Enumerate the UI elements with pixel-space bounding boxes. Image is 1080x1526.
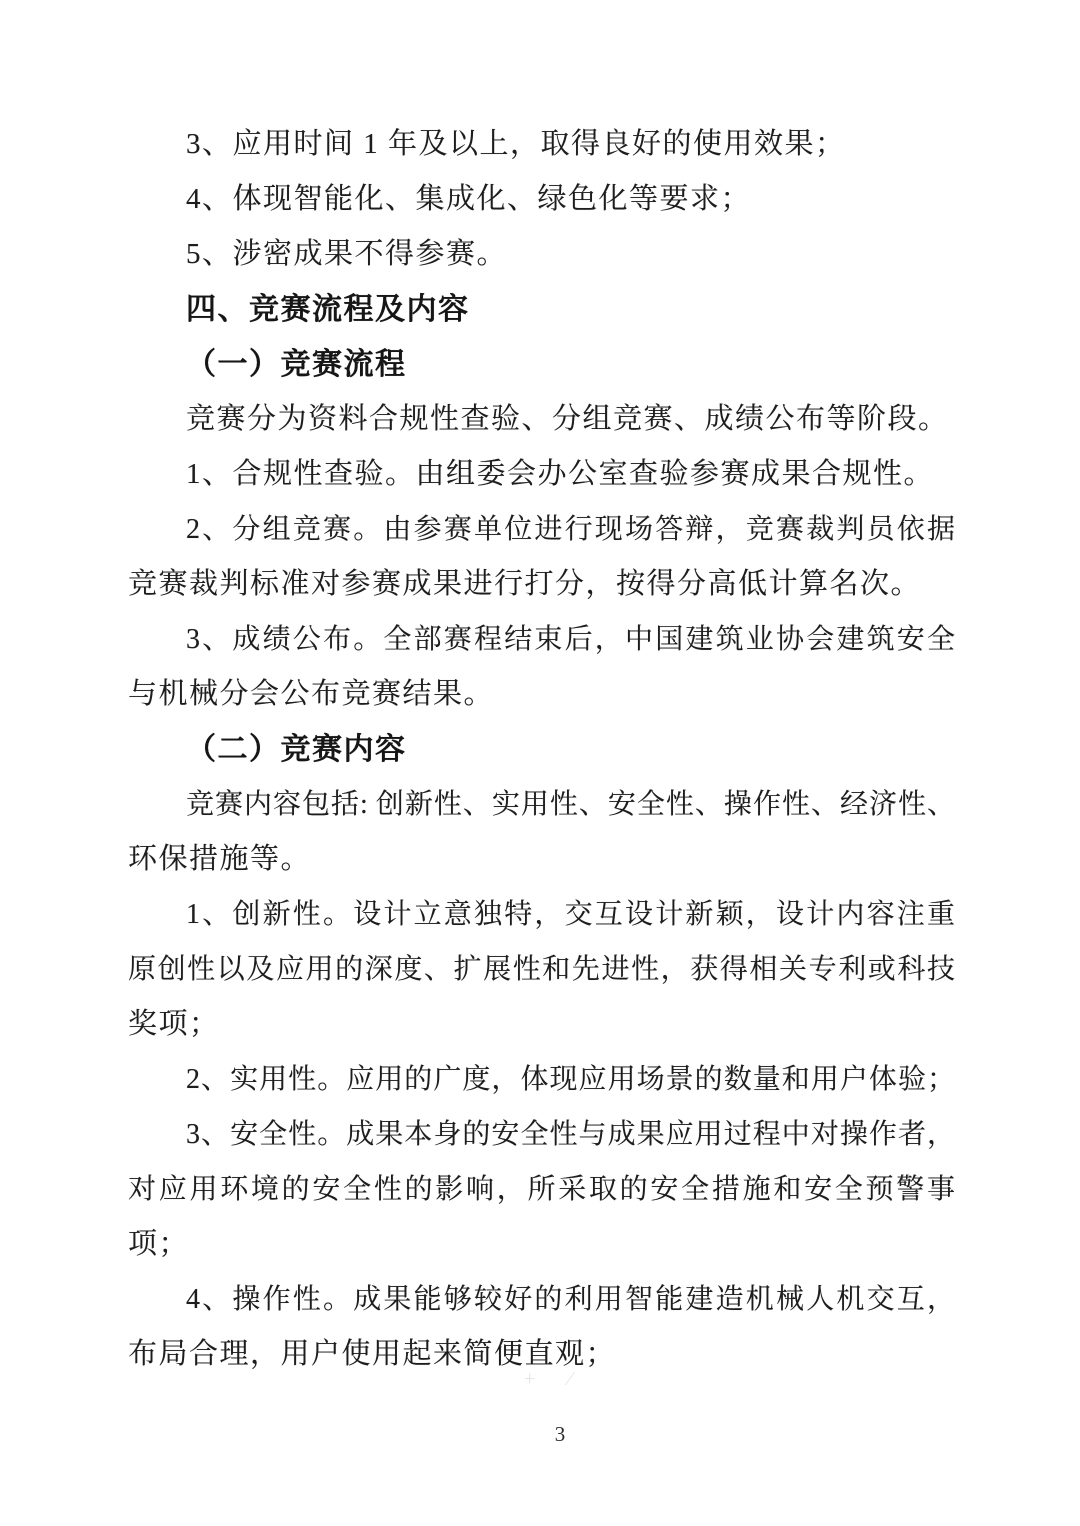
section-heading: （二）竞赛内容 xyxy=(128,722,955,777)
text-line: 5、涉密成果不得参赛。 xyxy=(128,227,955,282)
text-line: 竞赛裁判标准对参赛成果进行打分，按得分高低计算名次。 xyxy=(128,557,955,612)
text-line: 2、分组竞赛。由参赛单位进行现场答辩，竞赛裁判员依据 xyxy=(128,502,955,557)
text-line: 1、合规性查验。由组委会办公室查验参赛成果合规性。 xyxy=(128,447,955,502)
text-line: 4、体现智能化、集成化、绿色化等要求； xyxy=(128,172,955,227)
text-line: 竞赛分为资料合规性查验、分组竞赛、成绩公布等阶段。 xyxy=(128,392,955,447)
text-line: 项； xyxy=(128,1217,955,1272)
text-line: 3、成绩公布。全部赛程结束后，中国建筑业协会建筑安全 xyxy=(128,612,955,667)
text-line: 奖项； xyxy=(128,997,955,1052)
text-line: 1、创新性。设计立意独特，交互设计新颖，设计内容注重 xyxy=(128,887,955,942)
document-page: 3、应用时间 1 年及以上，取得良好的使用效果；4、体现智能化、集成化、绿色化等… xyxy=(0,0,1080,1526)
text-line: 3、安全性。成果本身的安全性与成果应用过程中对操作者， xyxy=(128,1107,955,1162)
section-heading: 四、竞赛流程及内容 xyxy=(128,282,955,337)
document-body: 3、应用时间 1 年及以上，取得良好的使用效果；4、体现智能化、集成化、绿色化等… xyxy=(128,117,955,1382)
text-line: 对应用环境的安全性的影响，所采取的安全措施和安全预警事 xyxy=(128,1162,955,1217)
text-line: 竞赛内容包括: 创新性、实用性、安全性、操作性、经济性、 xyxy=(128,777,955,832)
text-line: 环保措施等。 xyxy=(128,832,955,887)
section-heading: （一）竞赛流程 xyxy=(128,337,955,392)
text-line: 2、实用性。应用的广度，体现应用场景的数量和用户体验； xyxy=(128,1052,955,1107)
text-line: 与机械分会公布竞赛结果。 xyxy=(128,667,955,722)
scan-smudge: + ⁄ xyxy=(524,1368,586,1391)
text-line: 原创性以及应用的深度、扩展性和先进性，获得相关专利或科技 xyxy=(128,942,955,997)
text-line: 3、应用时间 1 年及以上，取得良好的使用效果； xyxy=(128,117,955,172)
text-line: 4、操作性。成果能够较好的利用智能建造机械人机交互， xyxy=(128,1272,955,1327)
page-number: 3 xyxy=(540,1422,580,1447)
